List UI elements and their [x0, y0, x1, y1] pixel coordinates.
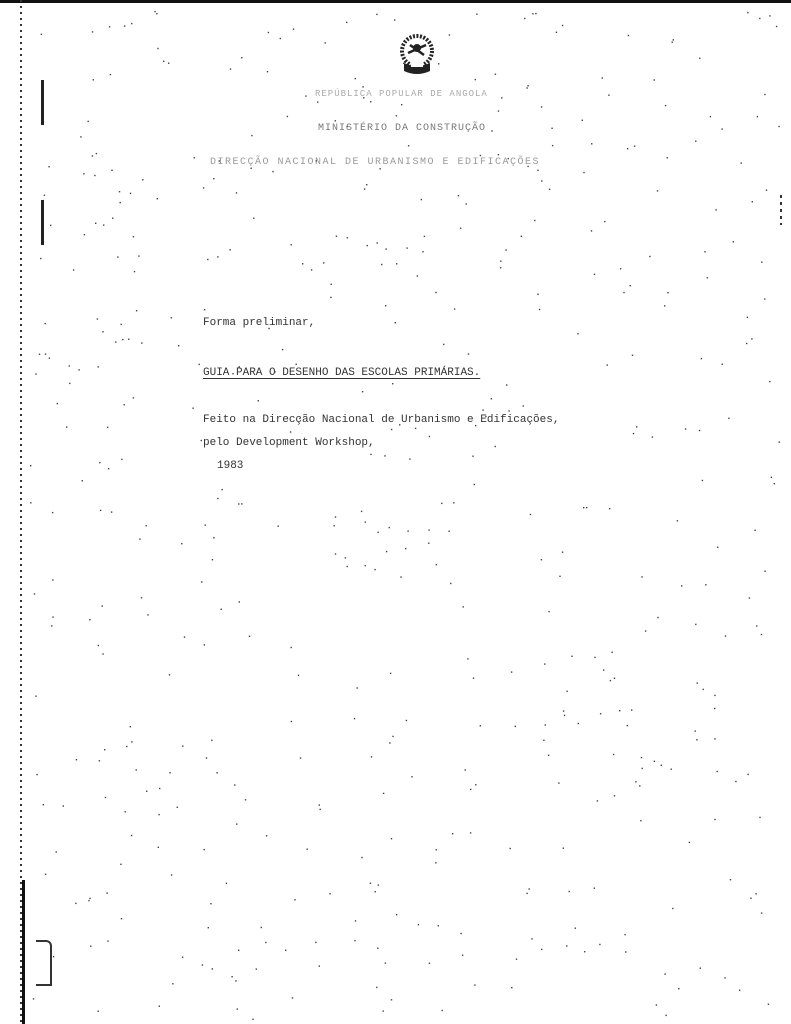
credit-line: Feito na Direcção Nacional de Urbanismo … [203, 414, 559, 426]
paper-clip-mark [36, 940, 52, 986]
scan-left-edge [20, 0, 22, 1024]
scan-noise [0, 0, 791, 1024]
document-title: GUIA PARA O DESENHO DAS ESCOLAS PRIMÁRIA… [203, 367, 480, 379]
letterhead-directorate: DIRECÇÃO NACIONAL DE URBANISMO E EDIFICA… [210, 157, 540, 168]
draft-status: Forma preliminar, [203, 317, 315, 329]
letterhead-country: REPÚBLICA POPULAR DE ANGOLA [315, 89, 488, 99]
angola-coat-of-arms-icon [396, 33, 438, 77]
document-year: 1983 [217, 460, 243, 472]
scan-right-edge-mark [780, 195, 782, 225]
scan-top-border [0, 0, 791, 3]
scan-left-edge-heavy [22, 880, 25, 1024]
credit-line: pelo Development Workshop, [203, 437, 375, 449]
binder-hole-mark [41, 200, 44, 245]
letterhead-ministry: MINISTÉRIO DA CONSTRUÇÃO [318, 123, 486, 134]
binder-hole-mark [41, 80, 44, 125]
